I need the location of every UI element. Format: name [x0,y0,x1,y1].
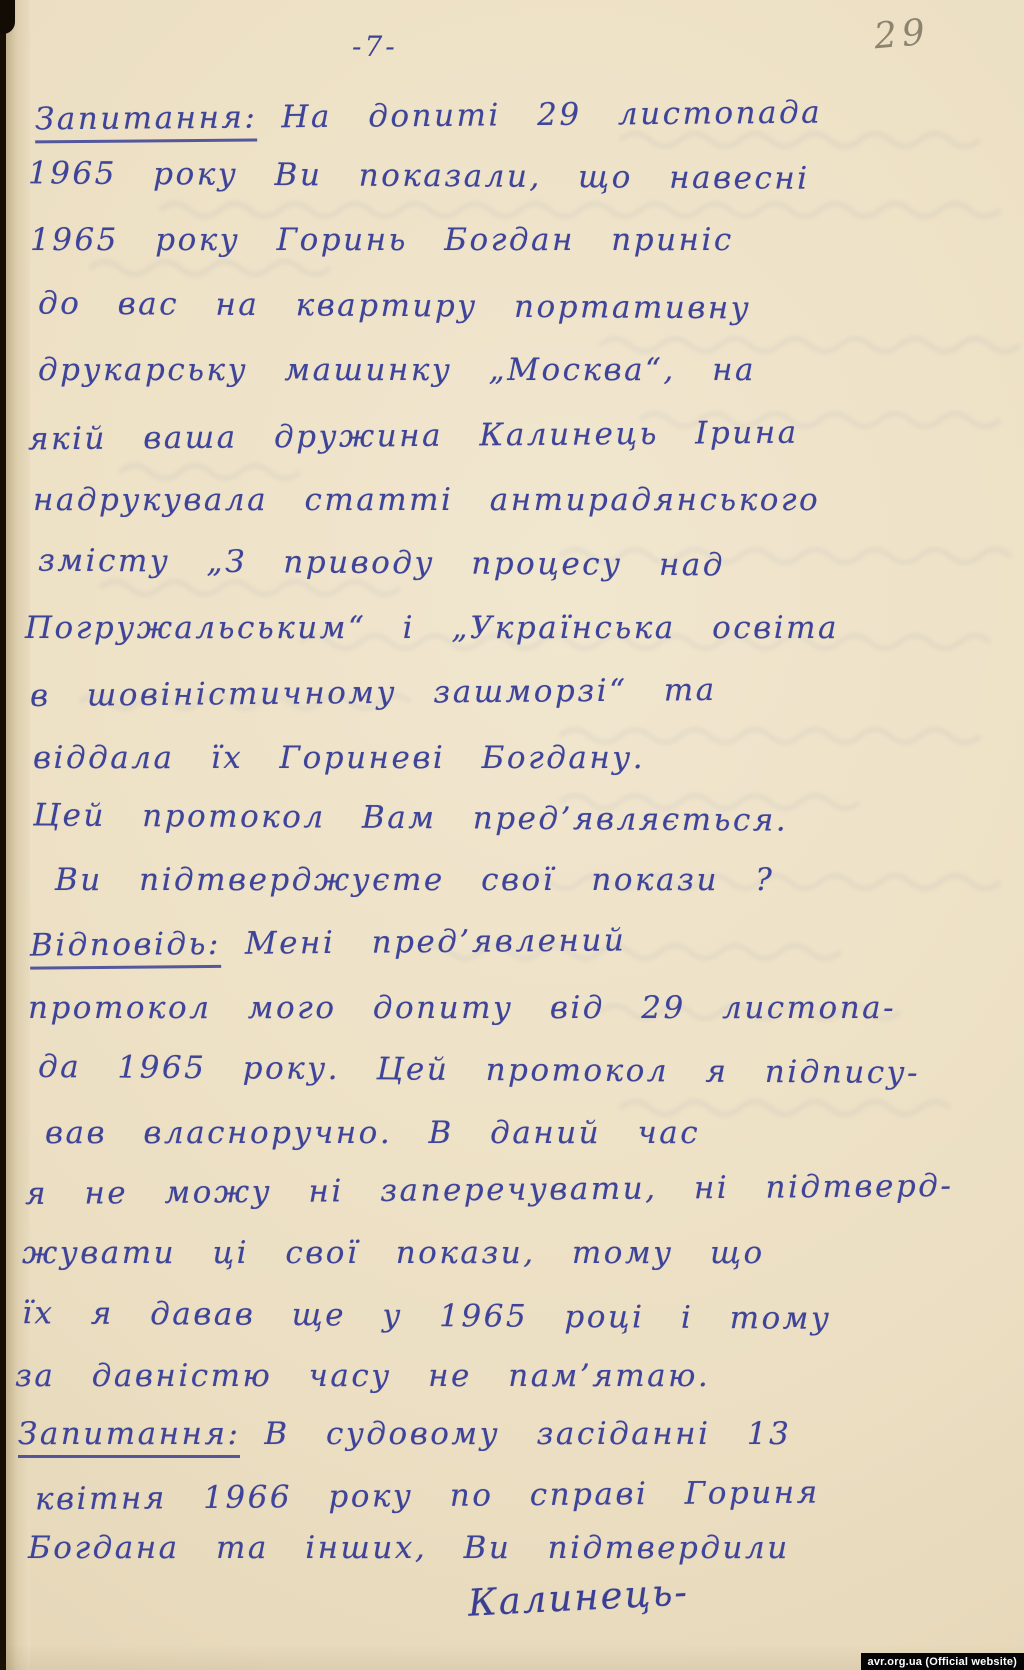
line-text: Богдана та інших, Ви підтвердили [28,1530,790,1566]
handwriting-line: друкарську машинку „Москва“, на [38,352,756,388]
handwriting-line: Цей протокол Вам пред’являється. [33,797,788,838]
line-text: Погружальським“ і „Українська освіта [25,610,839,646]
handwriting-line: до вас на квартиру портативну [38,286,751,327]
line-text: за давністю часу не пам’ятаю. [15,1358,710,1394]
pencil-page-number: 29 [872,12,931,58]
line-text: В судовому засіданні 13 [264,1416,791,1452]
line-text: 1965 року Горинь Богдан приніс [30,222,734,258]
question-label: Запитання: [35,99,258,143]
line-text: да 1965 року. Цей протокол я підпису- [38,1049,920,1091]
handwriting-line: якій ваша дружина Калинець Ірина [28,415,799,458]
line-text: вав власноручно. В даний час [45,1115,700,1151]
handwriting-line: протокол мого допиту від 29 листопа- [28,990,896,1026]
line-text: 1965 року Ви показали, що навесні [28,155,810,196]
handwriting-line: змісту „З приводу процесу над [38,543,725,584]
line-text: надрукувала статті антирадянського [33,482,820,518]
handwriting-line: в шовіністичному зашморзі“ та [30,672,717,714]
line-text: Мені пред’явлений [245,922,627,961]
handwriting-line: Запитання:На допиті 29 листопада [35,95,823,144]
handwriting-line: віддала їх Гориневі Богдану. [33,740,645,776]
handwriting-line: Відповідь:Мені пред’явлений [30,922,627,969]
handwriting-line: 1965 року Ви показали, що навесні [28,155,810,196]
line-text: якій ваша дружина Калинець Ірина [28,415,799,458]
line-text: змісту „З приводу процесу над [38,543,725,584]
handwriting-line: надрукувала статті антирадянського [33,482,820,518]
handwriting-line: їх я давав ще у 1965 році і тому [22,1295,832,1337]
line-text: віддала їх Гориневі Богдану. [33,740,645,776]
handwriting-line: Богдана та інших, Ви підтвердили [28,1530,790,1566]
handwriting-line: жувати ці свої покази, тому що [22,1235,765,1271]
line-text: їх я давав ще у 1965 році і тому [22,1295,832,1337]
handwriting-line: вав власноручно. В даний час [45,1115,700,1151]
line-text: в шовіністичному зашморзі“ та [30,672,717,714]
handwriting-line: за давністю часу не пам’ятаю. [15,1358,710,1394]
line-text: Ви підтверджуєте свої покази ? [55,862,774,898]
line-text: Цей протокол Вам пред’являється. [33,797,788,838]
watermark-label: avr.org.ua (Official website) [861,1653,1024,1670]
line-text: до вас на квартиру портативну [38,286,751,327]
line-text: На допиті 29 листопада [281,95,822,136]
line-text: друкарську машинку „Москва“, на [38,352,756,388]
handwriting-line: Запитання:В судовому засіданні 13 [18,1416,791,1458]
line-text: квітня 1966 року по справі Гориня [35,1475,820,1518]
answer-label: Відповідь: [30,926,221,970]
handwriting-line: Ви підтверджуєте свої покази ? [55,862,774,898]
handwriting-line: Погружальським“ і „Українська освіта [25,610,839,646]
handwriting-line: 1965 року Горинь Богдан приніс [30,222,734,258]
line-text: жувати ці свої покази, тому що [22,1235,765,1271]
question-label: Запитання: [18,1416,240,1458]
scanned-page: -7- 29 Запитання:На допиті 29 листопада … [0,0,1024,1670]
handwriting-line: квітня 1966 року по справі Гориня [35,1475,820,1518]
page-number-header: -7- [352,30,398,63]
handwriting-line: да 1965 року. Цей протокол я підпису- [38,1049,920,1091]
line-text: протокол мого допиту від 29 листопа- [28,990,896,1026]
